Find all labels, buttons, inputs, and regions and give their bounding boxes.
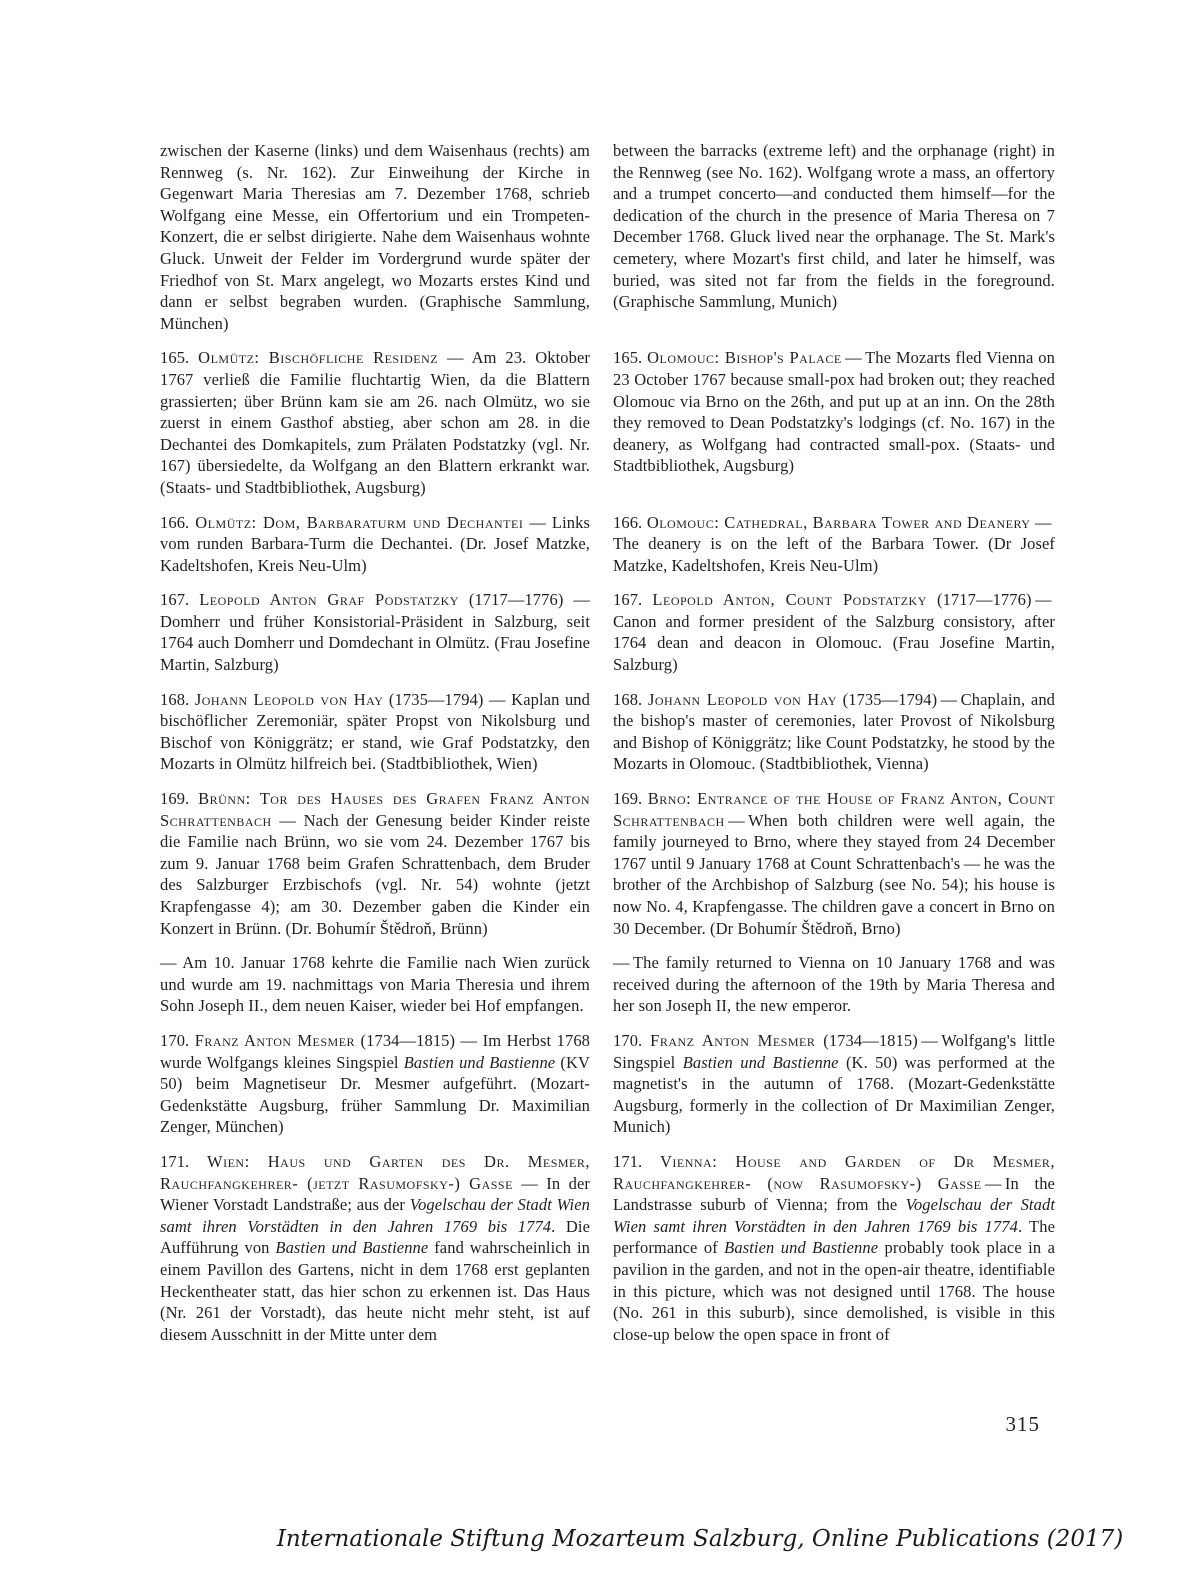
body-text: 166. xyxy=(160,513,195,532)
body-text: Bastien und Bastienne xyxy=(683,1053,839,1072)
entry-heading-text: Olomouc: Bishop's Palace xyxy=(647,348,842,367)
entry-169-continuation-german: — Am 10. Januar 1768 kehrte die Familie … xyxy=(160,952,590,1017)
body-text: 169. xyxy=(613,789,648,808)
entry-166-german: 166. Olmütz: Dom, Barbaraturm und Dechan… xyxy=(160,512,590,577)
entry-168-english: 168. Johann Leopold von Hay (1735—1794) … xyxy=(613,689,1055,775)
entry-165-german: 165. Olmütz: Bischöfliche Residenz — Am … xyxy=(160,347,590,498)
entry-heading-text: Leopold Anton, Count Podstatzky xyxy=(652,590,926,609)
body-text: 167. xyxy=(613,590,652,609)
entry-171-english: 171. Vienna: House and Garden of Dr Mesm… xyxy=(613,1151,1055,1345)
page-number: 315 xyxy=(160,1412,1040,1437)
body-text: 167. xyxy=(160,590,199,609)
body-text: — Am 10. Januar 1768 kehrte die Familie … xyxy=(160,953,590,1015)
entry-heading-text: Olmütz: Dom, Barbaraturm und Dechantei xyxy=(195,513,523,532)
body-text: 165. xyxy=(160,348,198,367)
body-text: 168. xyxy=(613,690,648,709)
body-text: Bastien und Bastienne xyxy=(724,1238,878,1257)
body-text: — Am 23. Oktober 1767 verließ die Famili… xyxy=(160,348,590,497)
body-text: 170. xyxy=(160,1031,195,1050)
entry-heading-text: Olomouc: Cathedral, Barbara Tower and De… xyxy=(647,513,1031,532)
body-text: between the barracks (extreme left) and … xyxy=(613,141,1055,311)
body-text: 166. xyxy=(613,513,647,532)
scanned-book-page: { "document": { "page_number": "315", "f… xyxy=(0,0,1200,1581)
body-text: 170. xyxy=(613,1031,650,1050)
entry-heading-text: Johann Leopold von Hay xyxy=(195,690,384,709)
entry-168-german: 168. Johann Leopold von Hay (1735—1794) … xyxy=(160,689,590,775)
caption-continuation-german: zwischen der Kaserne (links) und dem Wai… xyxy=(160,140,590,334)
entry-heading-text: Leopold Anton Graf Podstatzky xyxy=(199,590,459,609)
body-text: — The Mozarts fled Vienna on 23 October … xyxy=(613,348,1055,475)
entry-heading-text: Olmütz: Bischöfliche Residenz xyxy=(198,348,438,367)
body-text: 168. xyxy=(160,690,195,709)
entry-heading-text: Johann Leopold von Hay xyxy=(648,690,837,709)
entry-171-german: 171. Wien: Haus und Garten des Dr. Mesme… xyxy=(160,1151,590,1345)
entry-166-english: 166. Olomouc: Cathedral, Barbara Tower a… xyxy=(613,512,1055,577)
body-text: 169. xyxy=(160,789,198,808)
entry-heading-text: Franz Anton Mesmer xyxy=(195,1031,355,1050)
body-text: zwischen der Kaserne (links) und dem Wai… xyxy=(160,141,590,333)
body-text: 171. xyxy=(613,1152,660,1171)
page-background: zwischen der Kaserne (links) und dem Wai… xyxy=(0,0,1200,1581)
body-text: 165. xyxy=(613,348,647,367)
entry-170-english: 170. Franz Anton Mesmer (1734—1815) — Wo… xyxy=(613,1030,1055,1138)
body-text: — The family returned to Vienna on 10 Ja… xyxy=(613,953,1055,1015)
entry-169-german: 169. Brünn: Tor des Hauses des Grafen Fr… xyxy=(160,788,590,939)
body-text: Bastien und Bastienne xyxy=(404,1053,555,1072)
entry-167-english: 167. Leopold Anton, Count Podstatzky (17… xyxy=(613,589,1055,675)
entry-170-german: 170. Franz Anton Mesmer (1734—1815) — Im… xyxy=(160,1030,590,1138)
entry-169-continuation-english: — The family returned to Vienna on 10 Ja… xyxy=(613,952,1055,1017)
two-column-text-block: zwischen der Kaserne (links) und dem Wai… xyxy=(160,140,1055,1345)
body-text: Bastien und Bastienne xyxy=(275,1238,428,1257)
entry-165-english: 165. Olomouc: Bishop's Palace — The Moza… xyxy=(613,347,1055,498)
entry-169-english: 169. Brno: Entrance of the House of Fran… xyxy=(613,788,1055,939)
footer-attribution: Internationale Stiftung Mozarteum Salzbu… xyxy=(0,1526,1200,1552)
entry-167-german: 167. Leopold Anton Graf Podstatzky (1717… xyxy=(160,589,590,675)
entry-heading-text: Franz Anton Mesmer xyxy=(650,1031,815,1050)
body-text: 171. xyxy=(160,1152,207,1171)
caption-continuation-english: between the barracks (extreme left) and … xyxy=(613,140,1055,334)
